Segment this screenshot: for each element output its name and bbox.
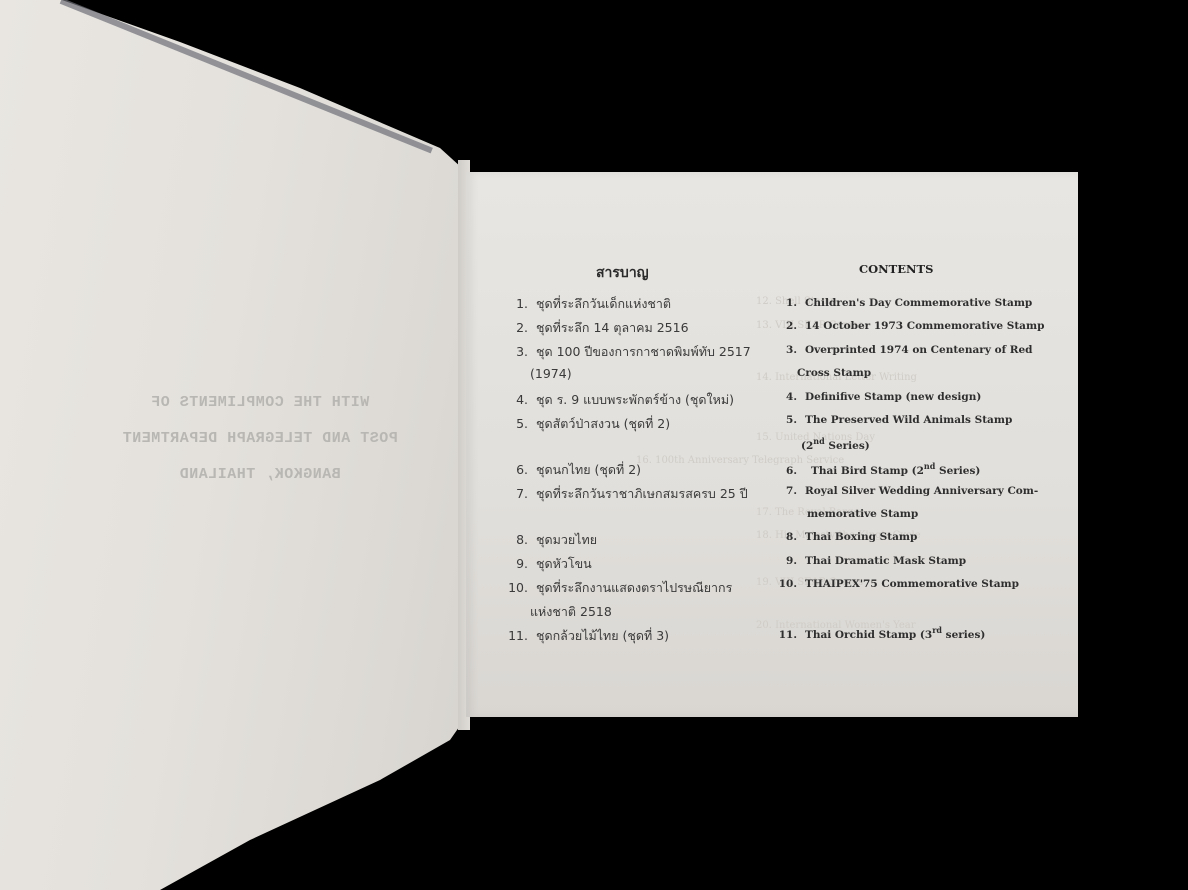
thai-heading: สารบาญ [596,262,649,284]
english-entry: 4.Definifive Stamp (new design) [771,391,981,403]
english-entry-continuation: (2nd Series) [801,436,870,452]
thai-entry: 1.ชุดที่ระลึกวันเด็กแห่งชาติ [502,294,671,314]
english-entry: 3.Overprinted 1974 on Centenary of Red [771,344,1033,356]
english-entry: 7.Royal Silver Wedding Anniversary Com- [771,485,1038,497]
thai-entry: 5.ชุดสัตว์ป่าสงวน (ชุดที่ 2) [502,414,670,434]
english-entry: 5.The Preserved Wild Animals Stamp [771,414,1012,426]
thai-entry: 4.ชุด ร. 9 แบบพระพักตร์ข้าง (ชุดใหม่) [502,390,734,410]
thai-entry-continuation: (1974) [530,366,572,381]
showthrough-text: WITH THE COMPLIMENTS OF POST AND TELEGRA… [80,385,440,493]
english-entry: 2.14 October 1973 Commemorative Stamp [771,320,1044,332]
thai-entry: 10.ชุดที่ระลึกงานแสดงตราไปรษณียากร [502,578,732,598]
thai-entry: 9.ชุดหัวโขน [502,554,592,574]
thai-entry: 8.ชุดมวยไทย [502,530,597,550]
photo-scene: WITH THE COMPLIMENTS OF POST AND TELEGRA… [0,0,1188,890]
right-page: 12. Shell Stamp 13. VIII SEAP Games 14. … [466,172,1078,717]
english-heading: CONTENTS [859,262,933,276]
english-entry: 10.THAIPEX'75 Commemorative Stamp [771,578,1019,590]
thai-entry: 11.ชุดกล้วยไม้ไทย (ชุดที่ 3) [502,626,669,646]
thai-entry: 2.ชุดที่ระลึก 14 ตุลาคม 2516 [502,318,689,338]
english-entry: 9.Thai Dramatic Mask Stamp [771,555,966,567]
english-entry: 6.Thai Bird Stamp (2nd Series) [771,461,980,477]
showthrough-line: WITH THE COMPLIMENTS OF [80,385,440,421]
thai-entry: 3.ชุด 100 ปีของการกาชาดพิมพ์ทับ 2517 [502,342,751,362]
english-entry: 11.Thai Orchid Stamp (3rd series) [771,625,985,641]
showthrough-line: POST AND TELEGRAPH DEPARTMENT [80,421,440,457]
english-entry: 8.Thai Boxing Stamp [771,531,917,543]
showthrough-line: BANGKOK, THAILAND [80,457,440,493]
thai-entry: 7.ชุดที่ระลึกวันราชาภิเษกสมรสครบ 25 ปี [502,484,748,504]
thai-entry-continuation: แห่งชาติ 2518 [530,602,612,622]
english-entry: 1.Children's Day Commemorative Stamp [771,297,1032,309]
english-entry-continuation: Cross Stamp [797,367,871,379]
english-entry-continuation: memorative Stamp [807,508,918,520]
thai-entry: 6.ชุดนกไทย (ชุดที่ 2) [502,460,641,480]
